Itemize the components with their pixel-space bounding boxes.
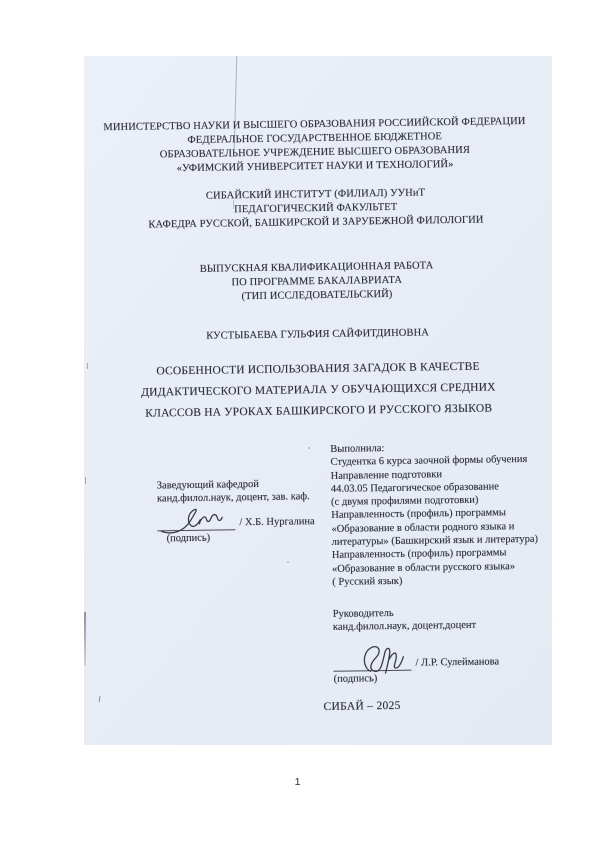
signature-scribble: [159, 506, 223, 537]
scan-edge-artifact: [84, 612, 86, 666]
title-page-content: МИНИСТЕРСТВО НАУКИ И ВЫСШЕГО ОБРАЗОВАНИЯ…: [79, 53, 557, 749]
city-year: СИБАЙ – 2025: [282, 699, 442, 713]
signature-scribble: [357, 643, 407, 678]
scanned-document-page: { "title_page": { "ministry_lines": [ "М…: [0, 0, 595, 841]
page-number: 1: [0, 776, 595, 788]
performer-line: ( Русский язык): [332, 573, 547, 589]
work-type-block: ВЫПУСКНАЯ КВАЛИФИКАЦИОННАЯ РАБОТА ПО ПРО…: [82, 258, 551, 307]
ministry-header: МИНИСТЕРСТВО НАУКИ И ВЫСШЕГО ОБРАЗОВАНИЯ…: [80, 115, 549, 178]
department-head-block: Заведующий кафедрой канд.филол.наук, доц…: [157, 477, 348, 546]
performer-block: Выполнила: Студентка 6 курса заочной фор…: [330, 440, 547, 589]
department-head-name: / Х.Б. Нургалина: [239, 515, 315, 529]
institute-header: СИБАЙСКИЙ ИНСТИТУТ (ФИЛИАЛ) УУНиТ ПЕДАГО…: [81, 185, 550, 234]
supervisor-block: Руководитель канд.филол.наук, доцент,доц…: [333, 605, 544, 686]
supervisor-name: / Л.Р. Сулейманова: [415, 656, 499, 671]
department-head-signature-row: / Х.Б. Нургалина: [157, 504, 347, 531]
signature-line: [333, 645, 411, 671]
thesis-title: ОСОБЕННОСТИ ИСПОЛЬЗОВАНИЯ ЗАГАДОК В КАЧЕ…: [84, 356, 553, 426]
department-head-degree: канд.филол.наук, доцент, зав. каф.: [157, 490, 347, 506]
supervisor-signature-row: / Л.Р. Сулейманова: [333, 644, 543, 671]
author-name: КУСТЫБАЕВА ГУЛЬФИЯ САЙФИТДИНОВНА: [83, 325, 551, 346]
signature-line: [157, 505, 235, 531]
scanned-title-page: МИНИСТЕРСТВО НАУКИ И ВЫСШЕГО ОБРАЗОВАНИЯ…: [84, 56, 552, 745]
supervisor-degree: канд.филол.наук, доцент,доцент: [333, 618, 543, 634]
